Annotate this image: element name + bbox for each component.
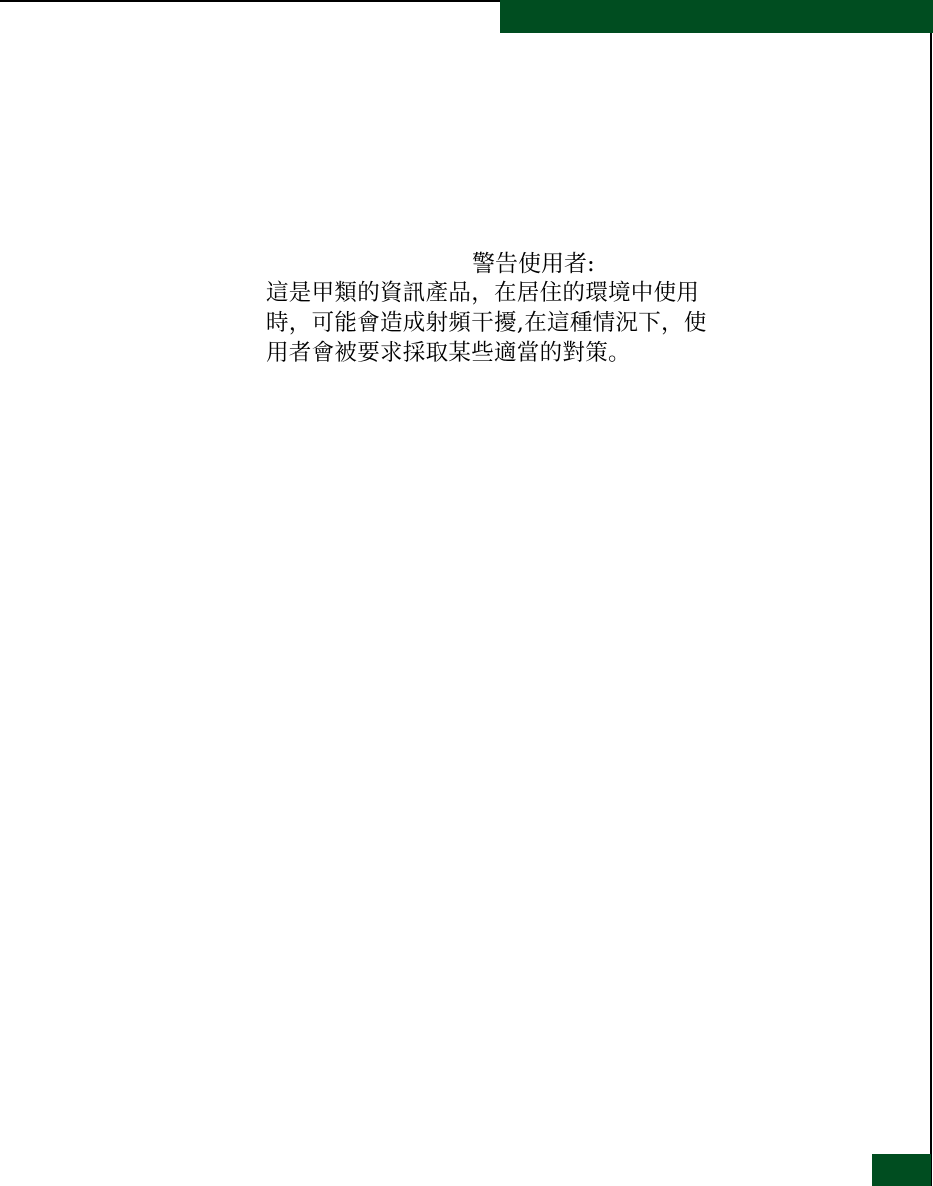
warning-line-2: 時，可能會造成射頻干擾,在這種情況下，使 xyxy=(266,308,766,338)
warning-line-1: 這是甲類的資訊產品，在居住的環境中使用 xyxy=(266,278,766,308)
warning-line-3: 用者會被要求採取某些適當的對策。 xyxy=(266,338,766,368)
footer-page-tab xyxy=(872,1154,931,1186)
top-rule xyxy=(0,0,500,2)
bsmi-class-a-warning: 警告使用者: 這是甲類的資訊產品，在居住的環境中使用 時，可能會造成射頻干擾,在… xyxy=(266,250,766,368)
warning-title: 警告使用者: xyxy=(472,250,766,278)
right-margin-rule xyxy=(930,33,932,1186)
header-accent-bar xyxy=(500,0,933,33)
